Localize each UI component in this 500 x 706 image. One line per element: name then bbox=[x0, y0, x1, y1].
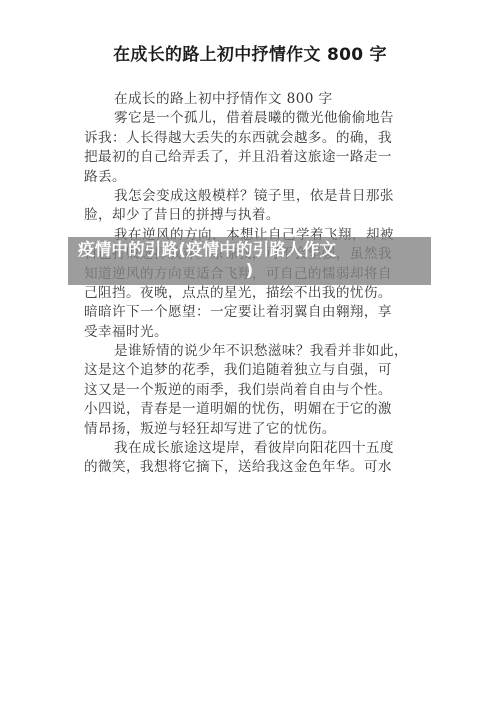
paragraph-line: 路丢。 bbox=[84, 168, 419, 187]
paragraph-line: 雾它是一个孤儿，借着晨曦的微光他偷偷地告 bbox=[84, 109, 419, 128]
paragraph-line: 脸，却少了昔日的拼搏与执着。 bbox=[84, 206, 419, 225]
paragraph-line: 小四说，青春是一道明媚的忧伤，明媚在于它的激 bbox=[84, 400, 419, 419]
paragraph-line: 的微笑，我想将它摘下，送给我这金色年华。可水 bbox=[84, 458, 419, 477]
paragraph-line: 诉我：人长得越大丢失的东西就会越多。的确，我 bbox=[84, 129, 419, 148]
paragraph-line: 情昂扬，叛逆与轻狂却写进了它的忧伤。 bbox=[84, 420, 419, 439]
caption-line-2: ) bbox=[78, 260, 431, 281]
caption-overlay-banner: 疫情中的引路(疫情中的引路人作文 ) bbox=[68, 237, 431, 285]
paragraph-line: 把最初的自己给弄丢了，并且沿着这旅途一路走一 bbox=[84, 148, 419, 167]
paragraph-line: 我怎会变成这般模样？镜子里，依是昔日那张 bbox=[84, 187, 419, 206]
caption-line-1: 疫情中的引路(疫情中的引路人作文 bbox=[78, 240, 336, 259]
paragraph-line: 这又是一个叛逆的雨季，我们崇尚着自由与个性。 bbox=[84, 381, 419, 400]
caption-overlay-text: 疫情中的引路(疫情中的引路人作文 ) bbox=[68, 239, 431, 281]
paragraph-line: 受幸福时光。 bbox=[84, 323, 419, 342]
paragraph-line: 我在成长旅途这堤岸，看彼岸向阳花四十五度 bbox=[84, 439, 419, 458]
page-title: 在成长的路上初中抒情作文 800 字 bbox=[0, 40, 500, 65]
paragraph-line: 这是这个追梦的花季，我们追随着独立与自强，可 bbox=[84, 361, 419, 380]
paragraph-line: 己阻挡。夜晚，点点的星光，描绘不出我的忧伤。 bbox=[84, 284, 419, 303]
paragraph-line: 暗暗许下一个愿望：一定要让着羽翼自由翱翔，享 bbox=[84, 303, 419, 322]
paragraph-line: 在成长的路上初中抒情作文 800 字 bbox=[84, 90, 419, 109]
paragraph-line: 是谁矫情的说少年不识愁滋味？我看并非如此， bbox=[84, 342, 419, 361]
